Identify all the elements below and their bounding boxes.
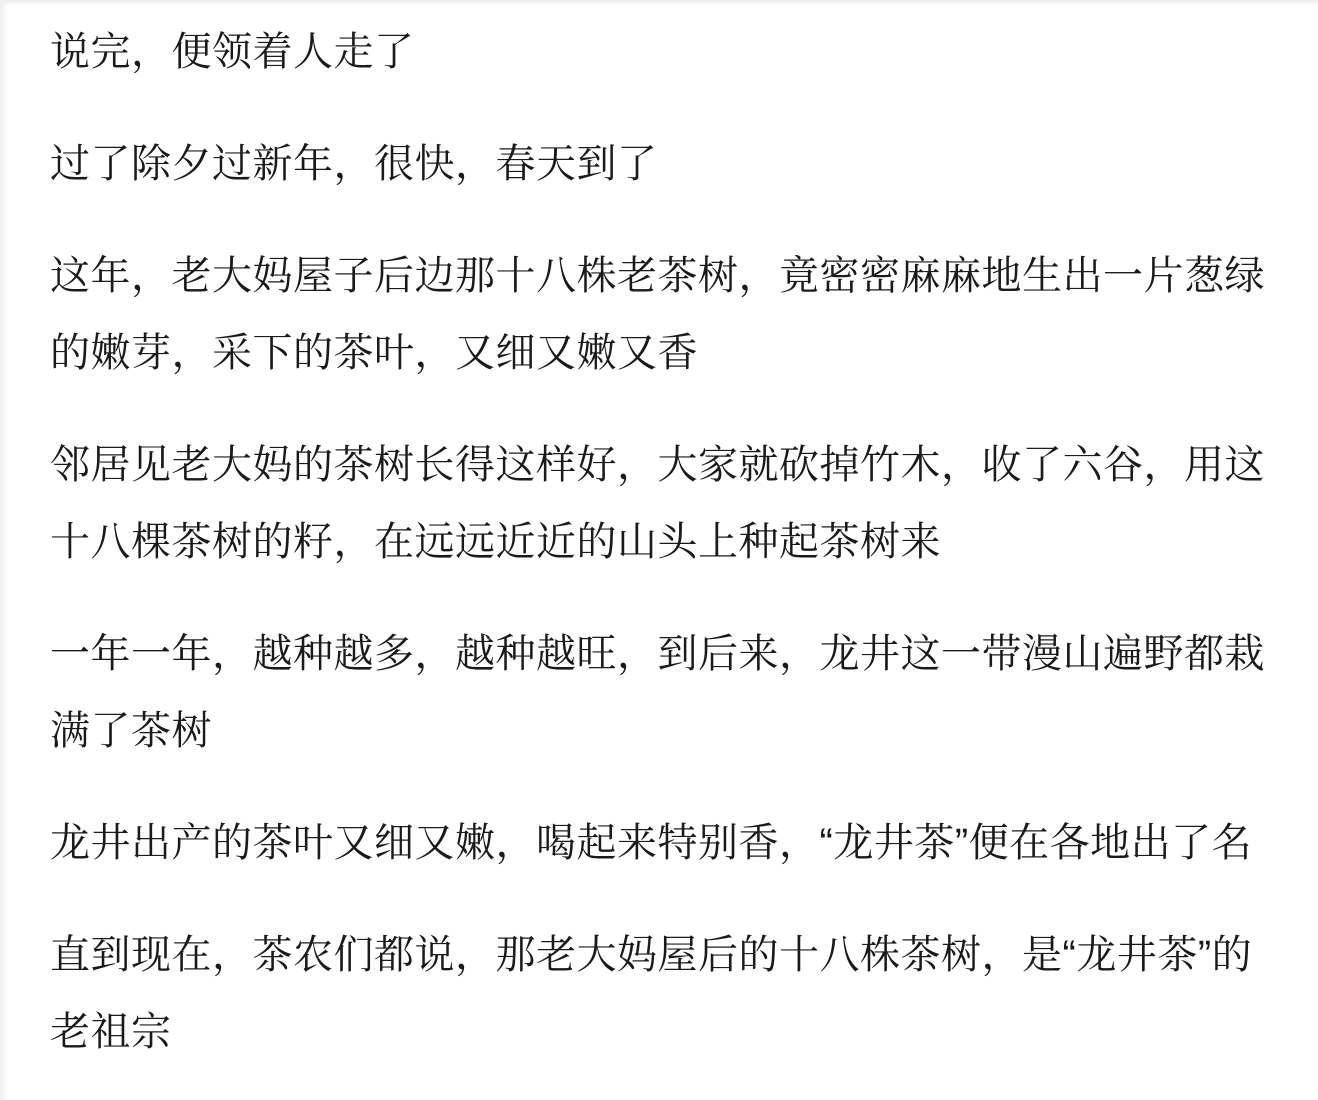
paragraph-6: 龙井出产的茶叶又细又嫩，喝起来特别香，“龙井茶”便在各地出了名: [50, 805, 1280, 882]
paragraph-4: 邻居见老大妈的茶树长得这样好，大家就砍掉竹木，收了六谷，用这十八棵茶树的籽，在远…: [50, 427, 1280, 581]
paragraph-3: 这年，老大妈屋子后边那十八株老茶树，竟密密麻麻地生出一片葱绿的嫩芽，采下的茶叶，…: [50, 238, 1280, 392]
story-text-block: 说完，便领着人走了 过了除夕过新年，很快，春天到了 这年，老大妈屋子后边那十八株…: [50, 14, 1278, 1071]
document-page: 说完，便领着人走了 过了除夕过新年，很快，春天到了 这年，老大妈屋子后边那十八株…: [0, 0, 1318, 1100]
paragraph-7: 直到现在，茶农们都说，那老大妈屋后的十八株茶树，是“龙井茶”的老祖宗: [50, 917, 1280, 1071]
page-left-edge-shading: [0, 0, 8, 1100]
paragraph-1: 说完，便领着人走了: [50, 14, 1280, 91]
page-top-edge-shading: [0, 0, 1318, 6]
paragraph-2: 过了除夕过新年，很快，春天到了: [50, 126, 1280, 203]
paragraph-5: 一年一年，越种越多，越种越旺，到后来，龙井这一带漫山遍野都栽满了茶树: [50, 616, 1280, 770]
